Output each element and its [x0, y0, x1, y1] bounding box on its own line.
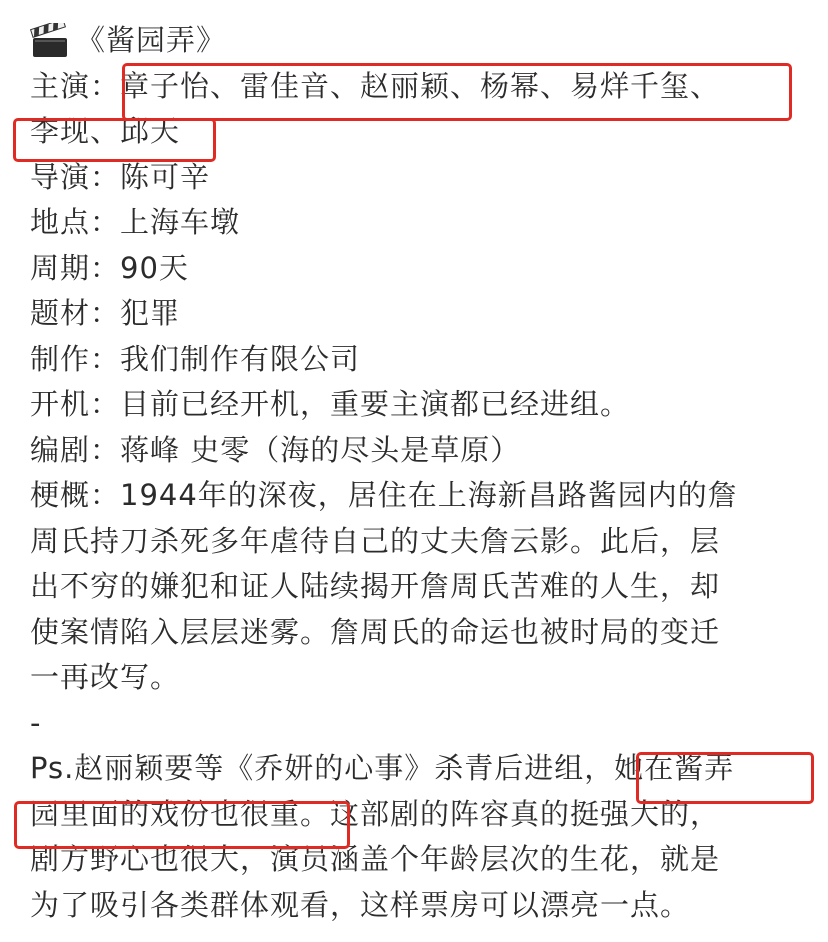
synopsis-line: 使案情陷入层层迷雾。詹周氏的命运也被时局的变迁: [30, 610, 820, 656]
field-value: 蒋峰 史零（海的尽头是草原）: [120, 433, 520, 467]
field-genre: 题材：犯罪: [30, 291, 820, 337]
synopsis-line: 周氏持刀杀死多年虐待自己的丈夫詹云影。此后，层: [30, 519, 820, 565]
field-value: 章子怡、雷佳音、赵丽颖、杨幂、易烊千玺、: [120, 69, 720, 103]
ps-line: Ps.赵丽颖要等《乔妍的心事》杀青后进组，她在酱弄: [30, 746, 820, 792]
synopsis-line: 一再改写。: [30, 655, 820, 701]
field-start: 开机：目前已经开机，重要主演都已经进组。: [30, 382, 820, 428]
synopsis-line: 梗概：1944年的深夜，居住在上海新昌路酱园内的詹: [30, 473, 820, 519]
field-value: 李现、邱天: [30, 114, 180, 148]
field-label: 主演：: [30, 69, 120, 103]
field-director: 导演：陈可辛: [30, 155, 820, 201]
field-value: 上海车墩: [120, 205, 240, 239]
field-value: 90天: [120, 251, 189, 285]
field-period: 周期：90天: [30, 246, 820, 292]
field-location: 地点：上海车墩: [30, 200, 820, 246]
field-label: 制作：: [30, 342, 120, 376]
ps-line: 剧方野心也很大，演员涵盖个年龄层次的生花，就是: [30, 837, 820, 883]
field-label: 地点：: [30, 205, 120, 239]
field-value: 目前已经开机，重要主演都已经进组。: [120, 387, 630, 421]
movie-title: 《酱园弄》: [76, 18, 226, 64]
clapperboard-icon: [30, 23, 70, 59]
field-label: 开机：: [30, 387, 120, 421]
field-production: 制作：我们制作有限公司: [30, 337, 820, 383]
field-label: 导演：: [30, 160, 120, 194]
ps-line: 为了吸引各类群体观看，这样票房可以漂亮一点。: [30, 883, 820, 929]
field-label: 编剧：: [30, 433, 120, 467]
field-value: 我们制作有限公司: [120, 342, 360, 376]
document: 《酱园弄》 主演：章子怡、雷佳音、赵丽颖、杨幂、易烊千玺、 李现、邱天 导演：陈…: [30, 18, 820, 928]
field-value: 陈可辛: [120, 160, 210, 194]
field-value: 犯罪: [120, 296, 180, 330]
field-cast-cont: 李现、邱天: [30, 109, 820, 155]
separator: -: [30, 701, 820, 747]
field-label: 题材：: [30, 296, 120, 330]
synopsis-line: 出不穷的嫌犯和证人陆续揭开詹周氏苦难的人生，却: [30, 564, 820, 610]
field-label: 周期：: [30, 251, 120, 285]
title-line: 《酱园弄》: [30, 18, 820, 64]
field-cast: 主演：章子怡、雷佳音、赵丽颖、杨幂、易烊千玺、: [30, 64, 820, 110]
ps-line: 园里面的戏份也很重。这部剧的阵容真的挺强大的，: [30, 792, 820, 838]
field-writer: 编剧：蒋峰 史零（海的尽头是草原）: [30, 428, 820, 474]
